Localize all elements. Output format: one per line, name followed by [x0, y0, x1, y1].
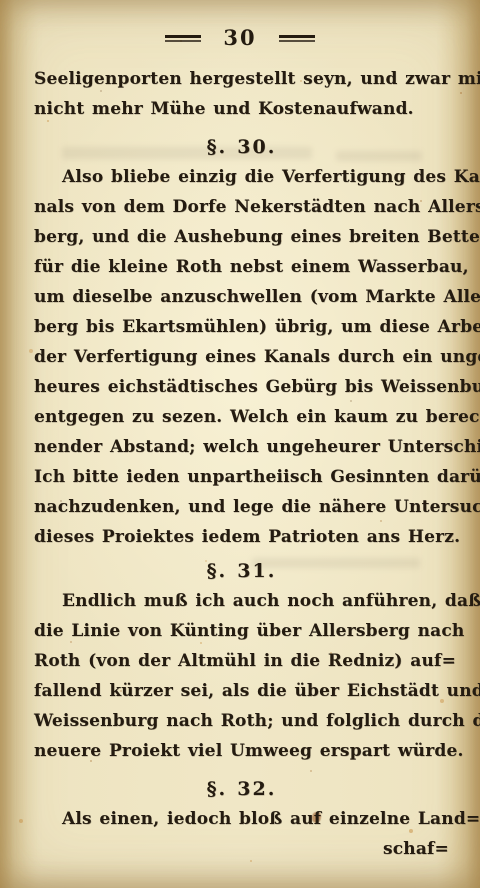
- paragraph-31: Endlich muß ich auch noch anführen, daß …: [34, 586, 449, 766]
- text-line: dieses Proiektes iedem Patrioten ans Her…: [34, 522, 449, 552]
- text-line: für die kleine Roth nebst einem Wasserba…: [34, 252, 449, 282]
- text-line: Weissenburg nach Roth; und folglich durc…: [34, 706, 449, 736]
- section-heading-30: §. 30.: [34, 132, 449, 162]
- text-line: Als einen, iedoch bloß auf einzelne Land…: [34, 804, 449, 834]
- text-line: Seeligenporten hergestellt seyn, und zwa…: [34, 64, 449, 94]
- text-line: Endlich muß ich auch noch anführen, daß: [34, 586, 449, 616]
- text-line: nender Abstand; welch ungeheurer Untersc…: [34, 432, 449, 462]
- text-line: entgegen zu sezen. Welch ein kaum zu ber…: [34, 402, 449, 432]
- text-line: Also bliebe einzig die Verfertigung des …: [34, 162, 449, 192]
- catchword: schaf=: [34, 834, 449, 864]
- text-line: Ich bitte ieden unpartheiisch Gesinnten …: [34, 462, 449, 492]
- text-line: berg bis Ekartsmühlen) übrig, um diese A…: [34, 312, 449, 342]
- text-line: nachzudenken, und lege die nähere Unters…: [34, 492, 449, 522]
- page-header: 30: [0, 22, 480, 54]
- page-number: 30: [223, 25, 256, 50]
- section-heading-32: §. 32.: [34, 774, 449, 804]
- text-line: neuere Proiekt viel Umweeg erspart würde…: [34, 736, 449, 766]
- intro-paragraph: Seeligenporten hergestellt seyn, und zwa…: [34, 64, 449, 124]
- paragraph-32: Als einen, iedoch bloß auf einzelne Land…: [34, 804, 449, 834]
- text-line: heures eichstädtisches Gebürg bis Weisse…: [34, 372, 449, 402]
- paragraph-30: Also bliebe einzig die Verfertigung des …: [34, 162, 449, 552]
- text-line: der Verfertigung eines Kanals durch ein …: [34, 342, 449, 372]
- text-line: die Linie von Künting über Allersberg na…: [34, 616, 449, 646]
- text-line: berg, und die Aushebung eines breiten Be…: [34, 222, 449, 252]
- book-page: 30 Seeligenporten hergestellt seyn, und …: [0, 0, 480, 888]
- text-line: fallend kürzer sei, als die über Eichstä…: [34, 676, 449, 706]
- text-block: Seeligenporten hergestellt seyn, und zwa…: [34, 64, 449, 864]
- header-dash-right: [279, 35, 315, 42]
- text-line: um dieselbe anzuschwellen (vom Markte Al…: [34, 282, 449, 312]
- section-heading-31: §. 31.: [34, 556, 449, 586]
- text-line: nals von dem Dorfe Nekerstädten nach All…: [34, 192, 449, 222]
- text-line: Roth (von der Altmühl in die Redniz) auf…: [34, 646, 449, 676]
- paper-speckle-texture: [0, 0, 2, 2]
- text-line: nicht mehr Mühe und Kostenaufwand.: [34, 94, 449, 124]
- header-dash-left: [165, 35, 201, 42]
